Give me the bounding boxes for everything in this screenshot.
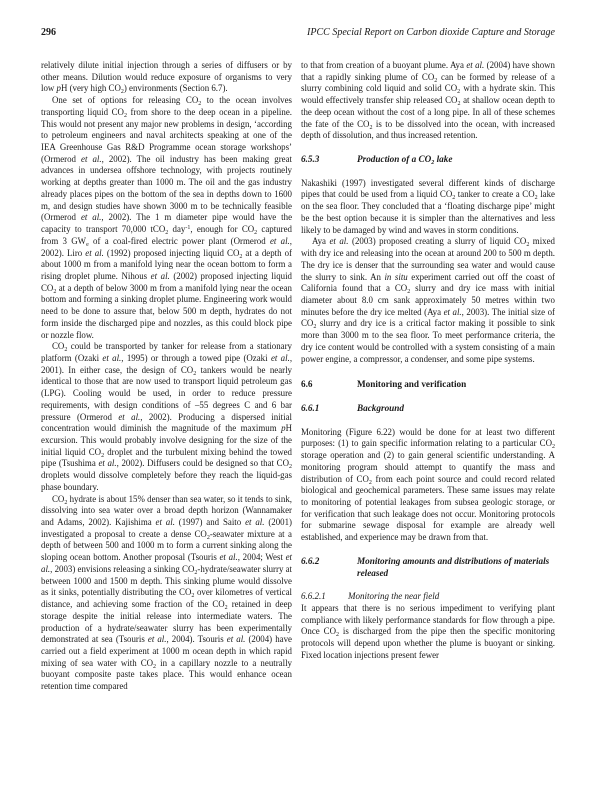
section-title: Monitoring amounts and distributions of … [357,556,555,579]
section-number: 6.6 [301,379,357,391]
paragraph: Aya et al. (2003) proposed creating a sl… [301,236,555,365]
paragraph: relatively dilute initial injection thro… [41,60,292,95]
paragraph: It appears that there is no serious impe… [301,603,555,662]
section-heading-6-6-2-1: 6.6.2.1 Monitoring the near field [301,591,555,603]
right-column: to that from creation of a buoyant plume… [301,60,555,662]
section-heading-6-6-2: 6.6.2 Monitoring amounts and distributio… [301,556,555,579]
page-number: 296 [41,27,56,38]
section-title: Monitoring the near field [348,591,439,603]
section-heading-6-6-1: 6.6.1 Background [301,403,555,415]
paragraph: One set of options for releasing CO2 to … [41,95,292,341]
section-number: 6.5.3 [301,154,357,166]
paragraph: to that from creation of a buoyant plume… [301,60,555,142]
paragraph: Nakashiki (1997) investigated several di… [301,178,555,237]
section-number: 6.6.2 [301,556,357,579]
section-number: 6.6.1 [301,403,357,415]
section-title: Monitoring and verification [357,379,466,391]
running-title: IPCC Special Report on Carbon dioxide Ca… [307,27,555,38]
section-heading-6-6: 6.6 Monitoring and verification [301,379,555,391]
section-number: 6.6.2.1 [301,591,348,603]
paragraph: CO2 hydrate is about 15% denser than sea… [41,494,292,693]
paragraph: CO2 could be transported by tanker for r… [41,341,292,493]
section-title: Background [357,403,404,415]
section-title: Production of a CO2 lake [357,154,452,166]
section-heading-6-5-3: 6.5.3 Production of a CO2 lake [301,154,555,166]
paragraph: Monitoring (Figure 6.22) would be done f… [301,427,555,544]
left-column: relatively dilute initial injection thro… [41,60,292,693]
page-header: 296 IPCC Special Report on Carbon dioxid… [41,27,555,41]
